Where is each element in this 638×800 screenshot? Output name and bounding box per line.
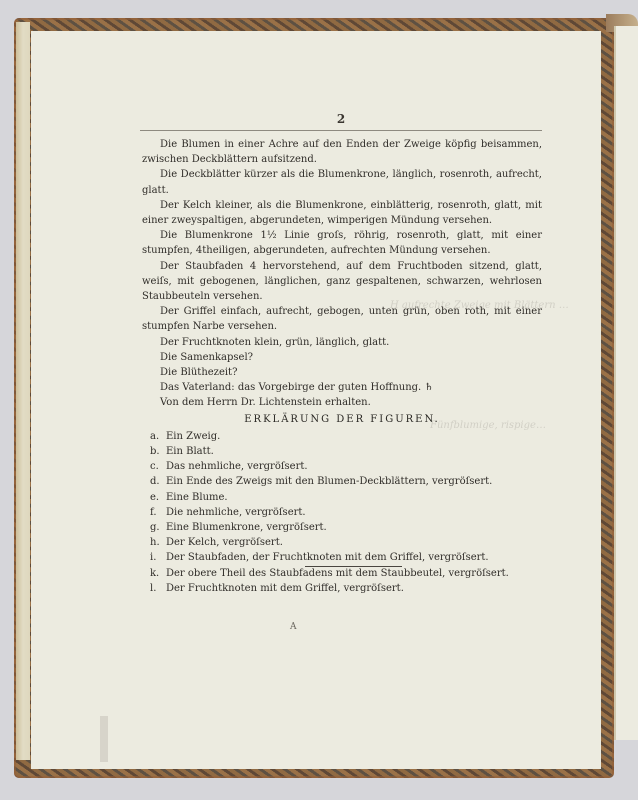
page-header: 2 bbox=[140, 112, 542, 131]
figure-letter: d. bbox=[150, 474, 166, 489]
figure-item: l.Der Fruchtknoten mit dem Griffel, verg… bbox=[150, 581, 542, 596]
figure-letter: b. bbox=[150, 444, 166, 459]
description-paragraph: Die Blumenkrone 1½ Linie groſs, röhrig, … bbox=[142, 228, 542, 258]
page-body: Die Blumen in einer Achre auf den Enden … bbox=[142, 137, 542, 596]
description-paragraph: Die Samenkapsel? bbox=[142, 350, 542, 365]
figure-text: Eine Blume. bbox=[166, 490, 228, 505]
figure-letter: i. bbox=[150, 550, 166, 565]
figure-letter: h. bbox=[150, 535, 166, 550]
figure-item: h.Der Kelch, vergröſsert. bbox=[150, 535, 542, 550]
description-paragraph: Das Vaterland: das Vorgebirge der guten … bbox=[142, 380, 542, 395]
figure-item: a.Ein Zweig. bbox=[150, 429, 542, 444]
figure-letter: c. bbox=[150, 459, 166, 474]
figure-item: i.Der Staubfaden, der Fruchtknoten mit d… bbox=[150, 550, 542, 565]
signature-mark: A bbox=[290, 622, 297, 632]
description-paragraph: Von dem Herrn Dr. Lichtenstein erhalten. bbox=[142, 395, 542, 410]
figure-letter: l. bbox=[150, 581, 166, 596]
description-paragraph: Die Blüthezeit? bbox=[142, 365, 542, 380]
page-smudge bbox=[100, 716, 108, 762]
description-paragraph: Der Kelch kleiner, als die Blumenkrone, … bbox=[142, 198, 542, 228]
figure-text: Ein Zweig. bbox=[166, 429, 220, 444]
figure-text: Das nehmliche, vergröſsert. bbox=[166, 459, 308, 474]
closing-rule bbox=[305, 566, 402, 567]
figure-item: d.Ein Ende des Zweigs mit den Blumen-Dec… bbox=[150, 474, 542, 489]
figure-text: Der Staubfaden, der Fruchtknoten mit dem… bbox=[166, 550, 489, 565]
page-gutter bbox=[16, 22, 30, 760]
figure-text: Eine Blumenkrone, vergröſsert. bbox=[166, 520, 327, 535]
description-paragraph: Der Griffel einfach, aufrecht, gebogen, … bbox=[142, 304, 542, 334]
description-paragraph: Der Fruchtknoten klein, grün, länglich, … bbox=[142, 335, 542, 350]
figure-item: g.Eine Blumenkrone, vergröſsert. bbox=[150, 520, 542, 535]
figure-letter: g. bbox=[150, 520, 166, 535]
next-leaf bbox=[614, 26, 638, 740]
figure-letter: k. bbox=[150, 566, 166, 581]
description-paragraph: Der Staubfaden 4 hervorstehend, auf dem … bbox=[142, 259, 542, 305]
figure-item: b.Ein Blatt. bbox=[150, 444, 542, 459]
figure-item: c.Das nehmliche, vergröſsert. bbox=[150, 459, 542, 474]
figure-list: a.Ein Zweig. b.Ein Blatt. c.Das nehmlich… bbox=[142, 429, 542, 596]
figure-text: Ein Blatt. bbox=[166, 444, 214, 459]
figure-letter: e. bbox=[150, 490, 166, 505]
figure-item: e.Eine Blume. bbox=[150, 490, 542, 505]
description-paragraph: Die Blumen in einer Achre auf den Enden … bbox=[142, 137, 542, 167]
figure-text: Die nehmliche, vergröſsert. bbox=[166, 505, 306, 520]
figure-text: Ein Ende des Zweigs mit den Blumen-Deckb… bbox=[166, 474, 492, 489]
figure-text: Der Kelch, vergröſsert. bbox=[166, 535, 283, 550]
figure-letter: f. bbox=[150, 505, 166, 520]
page-number: 2 bbox=[140, 112, 542, 126]
figure-item: k.Der obere Theil des Staubfadens mit de… bbox=[150, 566, 542, 581]
figure-text: Der obere Theil des Staubfadens mit dem … bbox=[166, 566, 509, 581]
description-paragraph: Die Deckblätter kürzer als die Blumenkro… bbox=[142, 167, 542, 197]
figure-text: Der Fruchtknoten mit dem Griffel, vergrö… bbox=[166, 581, 404, 596]
header-rule bbox=[140, 130, 542, 131]
figures-heading: ERKLÄRUNG DER FIGUREN. bbox=[142, 412, 542, 427]
figure-letter: a. bbox=[150, 429, 166, 444]
figure-item: f.Die nehmliche, vergröſsert. bbox=[150, 505, 542, 520]
